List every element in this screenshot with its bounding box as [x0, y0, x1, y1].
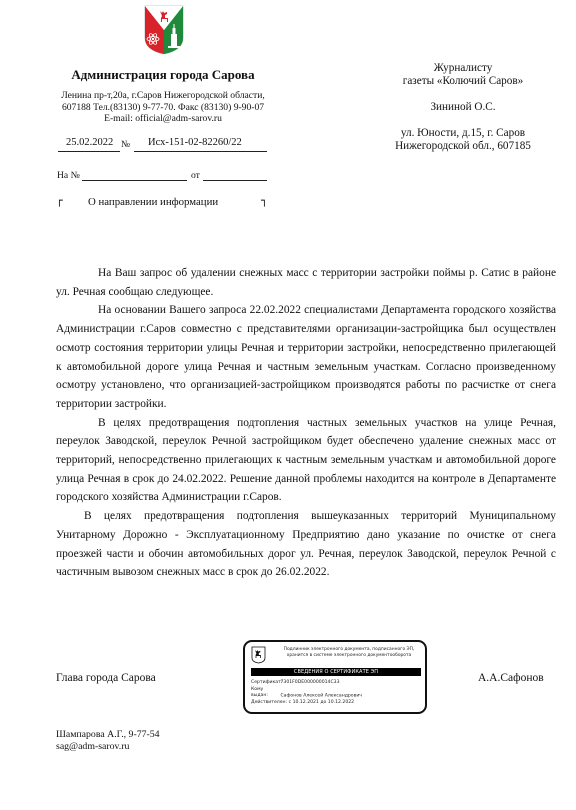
outgoing-date: 25.02.2022 — [66, 137, 113, 148]
recipient-line: Журналисту — [368, 62, 558, 75]
recipient-spacer — [368, 114, 558, 127]
nizhny-novgorod-deer-emblem-icon — [251, 646, 266, 664]
body-paragraph: В целях предотвращения подтопления частн… — [56, 414, 556, 508]
corner-mark-left-icon: ┌ — [56, 194, 63, 207]
certificate-row: Действителен: с 10.12.2021 до 10.12.2022 — [251, 700, 421, 707]
address-line: E-mail: official@adm-sarov.ru — [40, 113, 286, 125]
corner-mark-right-icon: ┐ — [261, 194, 268, 207]
certificate-serial: 7301F0DE000000014C33 — [280, 680, 339, 685]
outgoing-number: Исх-151-02-82260/22 — [148, 137, 242, 148]
letter-body: На Ваш запрос об удалении снежных масс с… — [56, 264, 556, 582]
body-paragraph: На основании Вашего запроса 22.02.2022 с… — [56, 301, 556, 413]
executor-name-phone: Шампарова А.Г., 9-77-54 — [56, 729, 160, 741]
organization-name: Администрация города Сарова — [40, 67, 286, 83]
executor-info: Шампарова А.Г., 9-77-54 sag@adm-sarov.ru — [56, 729, 160, 753]
recipient-line: газеты «Колючий Саров» — [368, 75, 558, 88]
certificate-details: Сертификат: 7301F0DE000000014C33 Кому вы… — [251, 680, 421, 706]
subject-line: О направлении информации — [88, 196, 218, 208]
date-underline — [58, 151, 120, 152]
certificate-row: Кому выдан: Сафонов Алексей Александрови… — [251, 687, 421, 700]
recipient-spacer — [368, 88, 558, 101]
address-line: 607188 Тел.(83130) 9-77-70. Факс (83130)… — [40, 102, 286, 114]
body-paragraph: В целях предотвращения подтопления вышеу… — [56, 507, 556, 582]
reply-to-underline — [82, 180, 187, 181]
body-paragraph: На Ваш запрос об удалении снежных масс с… — [56, 264, 556, 301]
executor-email: sag@adm-sarov.ru — [56, 741, 160, 753]
recipient-name: Зининой О.С. — [368, 101, 558, 114]
certificate-title: СВЕДЕНИЯ О СЕРТИФИКАТЕ ЭП — [251, 668, 421, 676]
from-underline — [203, 180, 267, 181]
from-label: от — [191, 170, 200, 181]
number-sign: № — [121, 140, 130, 150]
signatory-name: А.А.Сафонов — [478, 672, 544, 684]
number-underline — [134, 151, 267, 152]
certificate-row-label: Действителен: — [251, 700, 287, 705]
signatory-position: Глава города Сарова — [56, 672, 156, 684]
certificate-validity: с 10.12.2021 до 10.12.2022 — [289, 700, 355, 705]
recipient-line: ул. Юности, д.15, г. Саров — [368, 127, 558, 140]
certificate-owner: Сафонов Алексей Александрович — [280, 693, 362, 698]
reply-to-label: На № — [57, 170, 80, 181]
address-line: Ленина пр-т,20а, г.Саров Нижегородской о… — [40, 90, 286, 102]
sarov-coat-of-arms-icon — [143, 4, 185, 56]
recipient-line: Нижегородской обл., 607185 — [368, 140, 558, 153]
certificate-row-label: Кому выдан: — [251, 687, 279, 700]
certificate-stamp: Подлинник электронного документа, подпис… — [243, 640, 427, 714]
organization-address: Ленина пр-т,20а, г.Саров Нижегородской о… — [40, 90, 286, 125]
certificate-header: Подлинник электронного документа, подпис… — [272, 647, 426, 659]
certificate-header-line: хранится в системе электронного документ… — [272, 653, 426, 659]
recipient-block: Журналисту газеты «Колючий Саров» Зинино… — [368, 62, 558, 153]
